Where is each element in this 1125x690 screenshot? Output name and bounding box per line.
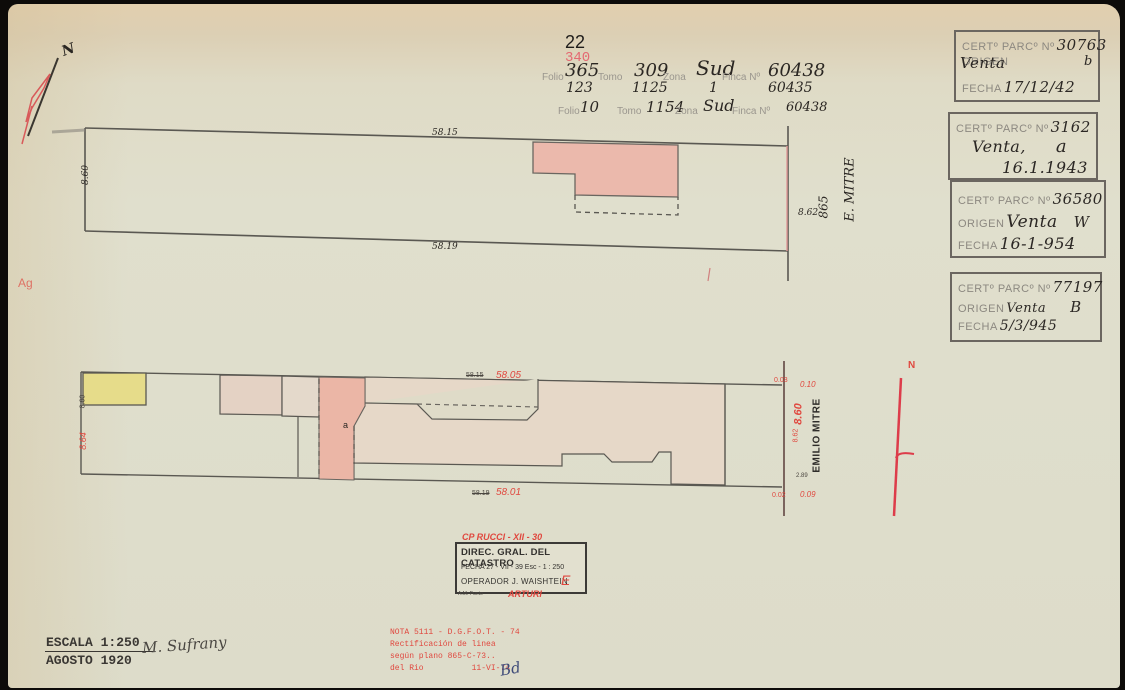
- catastro-operador: OPERADOR J. WAISHTEIN: [461, 577, 568, 586]
- parcel-a-label: a: [343, 420, 348, 430]
- north-label-lower: N: [908, 360, 915, 371]
- certificate-stamp-1: CERTº PARCº Nº30763 ORIGENVentab FECHA17…: [954, 30, 1100, 102]
- yellow-patio: [83, 373, 146, 405]
- margin-note: Ag: [18, 276, 33, 290]
- date-label: AGOSTO 1920: [46, 653, 132, 668]
- scale-label: ESCALA 1:250: [46, 635, 140, 650]
- upper-lot-outline: [85, 126, 788, 281]
- lower-bottom-dimension-old: 58.19: [472, 490, 490, 497]
- upper-street-name: E. MITRE: [843, 157, 858, 221]
- lower-top-dimension-old: 58.15: [466, 372, 484, 379]
- catastro-stamp: DIREC. GRAL. DEL CATASTRO FECHA 27 - VII…: [455, 542, 587, 594]
- certificate-stamp-3: CERTº PARCº Nº36580 ORIGENVentaW FECHA16…: [950, 180, 1106, 258]
- catastro-small-note: A.M. Punto: [458, 591, 483, 597]
- correction-note-signature: Bd: [499, 658, 522, 679]
- correction-note-line-2: Rectificación de linea: [390, 640, 496, 649]
- upper-bottom-dimension: 58.19: [432, 242, 458, 252]
- catastro-fecha: FECHA 27 - VII - 39 Esc - 1 : 250: [461, 564, 564, 571]
- lower-top-dimension: 58.05: [496, 370, 521, 381]
- correction-note-line-3: según plano 865-C-73..: [390, 652, 496, 661]
- lower-right-dimension-black: 8.62: [792, 429, 799, 443]
- upper-top-dimension: 58.15: [432, 128, 458, 138]
- certificate-stamp-4: CERTº PARCº Nº77197 ORIGENVentaB FECHA5/…: [950, 272, 1102, 342]
- corner-offset-bottom-right: 0.09: [800, 490, 816, 499]
- catastro-operador-mark: E: [561, 572, 570, 588]
- lower-bottom-dimension: 58.01: [496, 487, 521, 498]
- correction-note-line-1: NOTA 5111 - D.G.F.O.T. - 74: [390, 628, 520, 637]
- upper-right-dimension: 8.62: [798, 208, 818, 218]
- lower-right-dimension-red: 8.60: [793, 403, 805, 424]
- corner-offset-bottom-left: 0.02: [772, 492, 786, 499]
- scale-divider: [45, 651, 153, 652]
- right-small-note: 2.89: [796, 473, 808, 479]
- catastro-annotation-bottom: ARTURI: [508, 589, 542, 599]
- corner-offset-top-left: 0.03: [774, 377, 788, 384]
- lower-left-dimension-red: 8.64: [78, 432, 88, 450]
- folio-value: 365: [565, 60, 599, 81]
- lower-left-dimension-black: 8.60: [79, 395, 86, 409]
- north-arrow-lower-icon: [894, 378, 914, 516]
- upper-left-dimension: 8.60: [81, 165, 91, 185]
- finca-value: 60438: [768, 60, 825, 81]
- upper-street-number: 865: [816, 196, 830, 219]
- certificate-stamp-2: CERTº PARCº Nº3162 Venta,a 16.1.1943: [948, 112, 1098, 180]
- catastro-annotation-top: CP RUCCI - XII - 30: [462, 532, 542, 542]
- corner-offset-top-right: 0.10: [800, 380, 816, 389]
- upper-building: [533, 142, 678, 197]
- lower-street-name: EMILIO MITRE: [812, 398, 823, 472]
- correction-note-line-4: del Rio 11-VI-74.: [390, 664, 515, 673]
